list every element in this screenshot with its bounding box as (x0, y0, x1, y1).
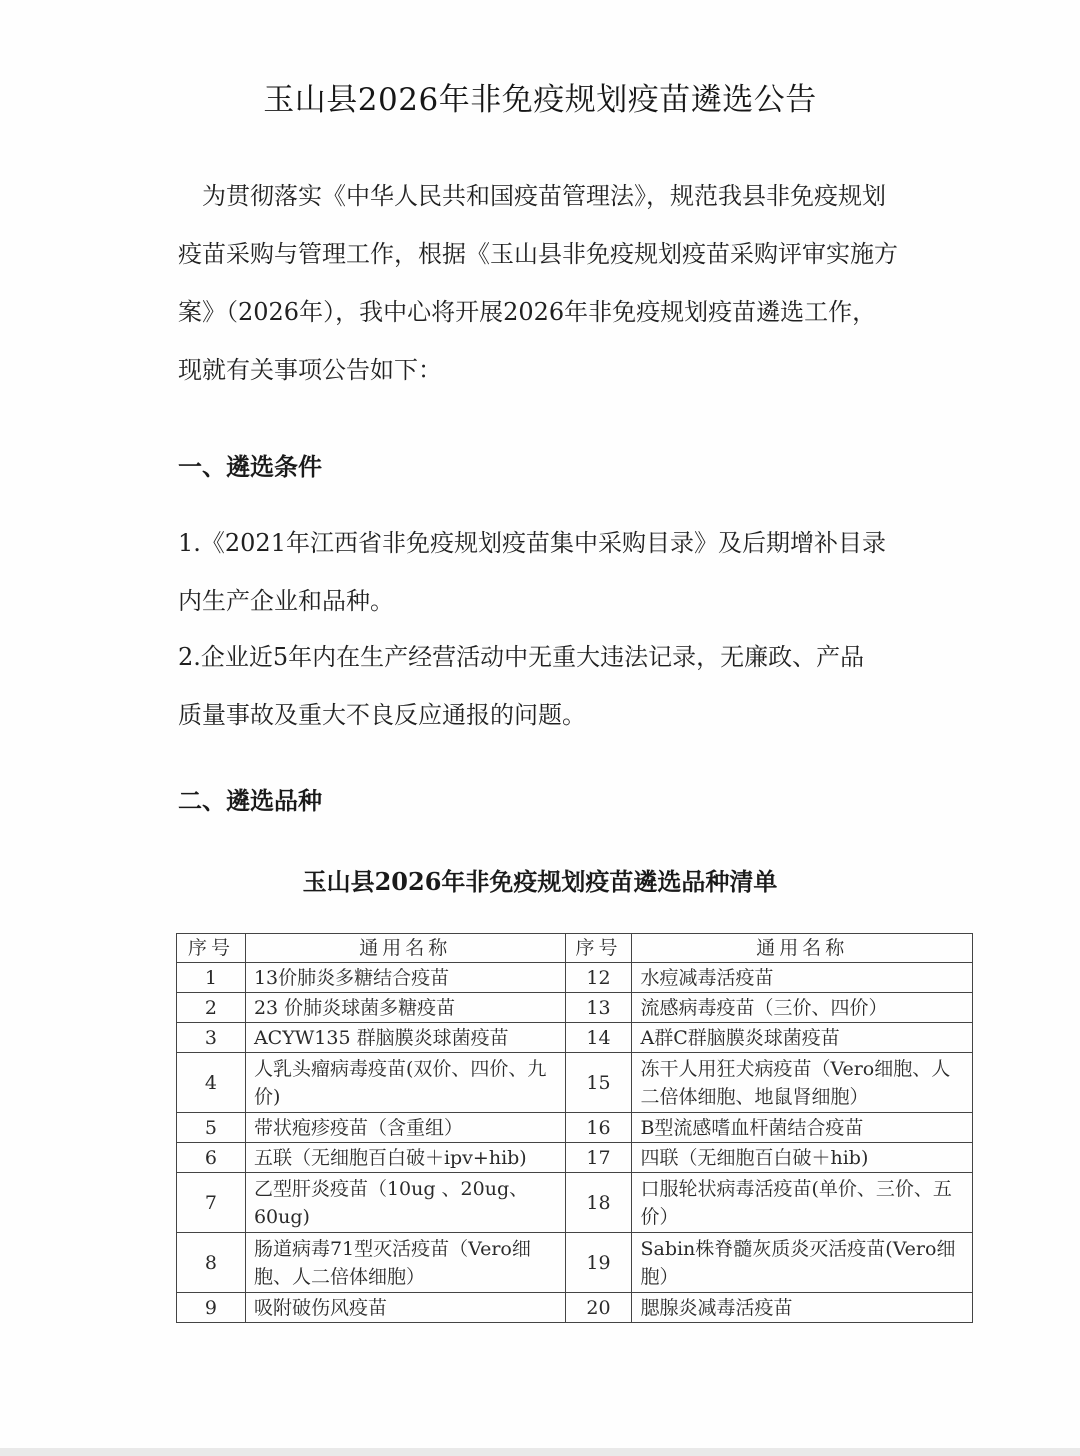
criteria-item-1: 1.《2021年江西省非免疫规划疫苗集中采购目录》及后期增补目录 内生产企业和品… (178, 514, 938, 630)
row-name-right: 口服轮状病毒活疫苗(单价、三价、五价） (632, 1173, 973, 1233)
row-name-right: 流感病毒疫苗（三价、四价） (632, 993, 973, 1023)
criteria-line: 内生产企业和品种。 (178, 572, 938, 630)
header-name-left: 通用名称 (245, 934, 565, 963)
row-name-right: A群C群脑膜炎球菌疫苗 (632, 1023, 973, 1053)
intro-line: 案》（2026年），我中心将开展2026年非免疫规划疫苗遴选工作， (178, 283, 938, 341)
row-no-right: 20 (565, 1293, 632, 1323)
row-name-right: 腮腺炎减毒活疫苗 (632, 1293, 973, 1323)
row-no-right: 15 (565, 1053, 632, 1113)
table-row: 4 人乳头瘤病毒疫苗(双价、四价、九价) 15 冻干人用狂犬病疫苗（Vero细胞… (177, 1053, 973, 1113)
row-no-left: 7 (177, 1173, 246, 1233)
row-name-left: 肠道病毒71型灭活疫苗（Vero细胞、人二倍体细胞） (245, 1233, 565, 1293)
row-no-left: 4 (177, 1053, 246, 1113)
row-no-right: 19 (565, 1233, 632, 1293)
intro-line: 疫苗采购与管理工作，根据《玉山县非免疫规划疫苗采购评审实施方 (178, 225, 938, 283)
table-row: 7 乙型肝炎疫苗（10ug 、20ug、60ug) 18 口服轮状病毒活疫苗(单… (177, 1173, 973, 1233)
section-heading-varieties: 二、遴选品种 (178, 781, 322, 816)
table-header-row: 序号 通用名称 序号 通用名称 (177, 934, 973, 963)
table-row: 9 吸附破伤风疫苗 20 腮腺炎减毒活疫苗 (177, 1293, 973, 1323)
row-no-right: 14 (565, 1023, 632, 1053)
row-no-left: 3 (177, 1023, 246, 1053)
row-name-left: 23 价肺炎球菌多糖疫苗 (245, 993, 565, 1023)
table-row: 5 带状疱疹疫苗（含重组） 16 B型流感嗜血杆菌结合疫苗 (177, 1113, 973, 1143)
row-no-right: 16 (565, 1113, 632, 1143)
document-title: 玉山县2026年非免疫规划疫苗遴选公告 (0, 74, 1080, 119)
page-bottom-edge (0, 1448, 1080, 1456)
row-no-left: 2 (177, 993, 246, 1023)
row-name-right: Sabin株脊髓灰质炎灭活疫苗(Vero细胞） (632, 1233, 973, 1293)
header-no-right: 序号 (565, 934, 632, 963)
criteria-line: 1.《2021年江西省非免疫规划疫苗集中采购目录》及后期增补目录 (178, 514, 938, 572)
row-no-left: 8 (177, 1233, 246, 1293)
table-row: 8 肠道病毒71型灭活疫苗（Vero细胞、人二倍体细胞） 19 Sabin株脊髓… (177, 1233, 973, 1293)
row-no-left: 1 (177, 963, 246, 993)
intro-line: 为贯彻落实《中华人民共和国疫苗管理法》，规范我县非免疫规划 (178, 167, 938, 225)
row-name-right: B型流感嗜血杆菌结合疫苗 (632, 1113, 973, 1143)
table-title: 玉山县2026年非免疫规划疫苗遴选品种清单 (0, 862, 1080, 897)
intro-paragraph: 为贯彻落实《中华人民共和国疫苗管理法》，规范我县非免疫规划 疫苗采购与管理工作，… (178, 167, 938, 399)
header-no-left: 序号 (177, 934, 246, 963)
row-no-right: 12 (565, 963, 632, 993)
row-name-left: 人乳头瘤病毒疫苗(双价、四价、九价) (245, 1053, 565, 1113)
row-name-right: 水痘减毒活疫苗 (632, 963, 973, 993)
row-no-right: 18 (565, 1173, 632, 1233)
row-name-right: 冻干人用狂犬病疫苗（Vero细胞、人二倍体细胞、地鼠肾细胞） (632, 1053, 973, 1113)
row-no-left: 9 (177, 1293, 246, 1323)
intro-line: 现就有关事项公告如下： (178, 341, 938, 399)
criteria-item-2: 2.企业近5年内在生产经营活动中无重大违法记录，无廉政、产品 质量事故及重大不良… (178, 628, 938, 744)
criteria-line: 质量事故及重大不良反应通报的问题。 (178, 686, 938, 744)
header-name-right: 通用名称 (632, 934, 973, 963)
row-no-right: 13 (565, 993, 632, 1023)
vaccine-list-table: 序号 通用名称 序号 通用名称 1 13价肺炎多糖结合疫苗 12 水痘减毒活疫苗… (176, 933, 973, 1323)
row-no-left: 6 (177, 1143, 246, 1173)
criteria-line: 2.企业近5年内在生产经营活动中无重大违法记录，无廉政、产品 (178, 628, 938, 686)
row-name-left: 带状疱疹疫苗（含重组） (245, 1113, 565, 1143)
row-name-right: 四联（无细胞百白破＋hib) (632, 1143, 973, 1173)
row-no-right: 17 (565, 1143, 632, 1173)
row-name-left: 乙型肝炎疫苗（10ug 、20ug、60ug) (245, 1173, 565, 1233)
row-no-left: 5 (177, 1113, 246, 1143)
row-name-left: ACYW135 群脑膜炎球菌疫苗 (245, 1023, 565, 1053)
table-row: 3 ACYW135 群脑膜炎球菌疫苗 14 A群C群脑膜炎球菌疫苗 (177, 1023, 973, 1053)
section-heading-criteria: 一、遴选条件 (178, 447, 322, 482)
row-name-left: 13价肺炎多糖结合疫苗 (245, 963, 565, 993)
table-row: 6 五联（无细胞百白破＋ipv+hib) 17 四联（无细胞百白破＋hib) (177, 1143, 973, 1173)
row-name-left: 五联（无细胞百白破＋ipv+hib) (245, 1143, 565, 1173)
row-name-left: 吸附破伤风疫苗 (245, 1293, 565, 1323)
table-row: 1 13价肺炎多糖结合疫苗 12 水痘减毒活疫苗 (177, 963, 973, 993)
document-page: 玉山县2026年非免疫规划疫苗遴选公告 为贯彻落实《中华人民共和国疫苗管理法》，… (0, 0, 1080, 1456)
table-row: 2 23 价肺炎球菌多糖疫苗 13 流感病毒疫苗（三价、四价） (177, 993, 973, 1023)
